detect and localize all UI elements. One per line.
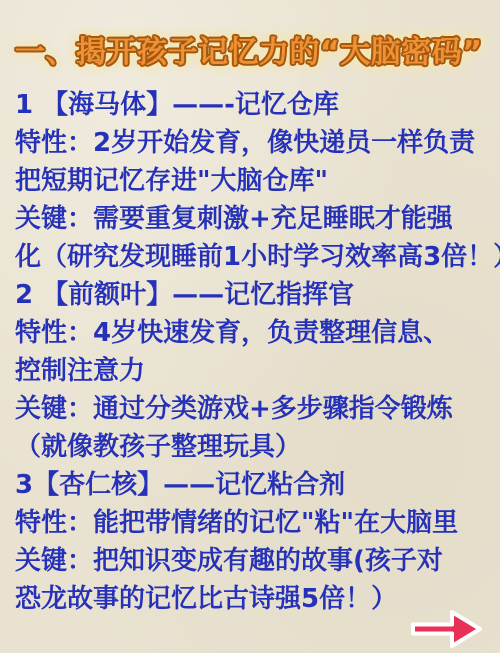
next-arrow-icon: [408, 607, 484, 651]
text-line: 特性：能把带情绪的记忆"粘"在大脑里: [15, 504, 488, 542]
text-line: 特性：4岁快速发育，负责整理信息、: [15, 314, 488, 352]
text-line: 化（研究发现睡前1小时学习效率高3倍！）: [15, 238, 488, 276]
page-title: 一、揭开孩子记忆力的“大脑密码”: [15, 31, 488, 75]
text-line: 关键：把知识变成有趣的故事(孩子对: [15, 542, 488, 580]
section-heading: 2 【前额叶】——记忆指挥官: [15, 276, 488, 314]
section-heading: 3【杏仁核】——记忆粘合剂: [15, 466, 488, 504]
text-line: （就像教孩子整理玩具）: [15, 428, 488, 466]
text-line: 关键：通过分类游戏+多步骤指令锻炼: [15, 390, 488, 428]
section-prefrontal-lobe: 2 【前额叶】——记忆指挥官 特性：4岁快速发育，负责整理信息、 控制注意力 关…: [15, 276, 488, 466]
section-hippocampus: 1 【海马体】——-记忆仓库 特性：2岁开始发育，像快递员一样负责 把短期记忆存…: [15, 86, 488, 276]
text-line: 控制注意力: [15, 352, 488, 390]
text-line: 关键：需要重复刺激+充足睡眠才能强: [15, 200, 488, 238]
infographic-page: 一、揭开孩子记忆力的“大脑密码” 1 【海马体】——-记忆仓库 特性：2岁开始发…: [0, 0, 500, 653]
text-line: 特性：2岁开始发育，像快递员一样负责: [15, 124, 488, 162]
text-line: 把短期记忆存进"大脑仓库": [15, 162, 488, 200]
section-amygdala: 3【杏仁核】——记忆粘合剂 特性：能把带情绪的记忆"粘"在大脑里 关键：把知识变…: [15, 466, 488, 618]
section-heading: 1 【海马体】——-记忆仓库: [15, 86, 488, 124]
